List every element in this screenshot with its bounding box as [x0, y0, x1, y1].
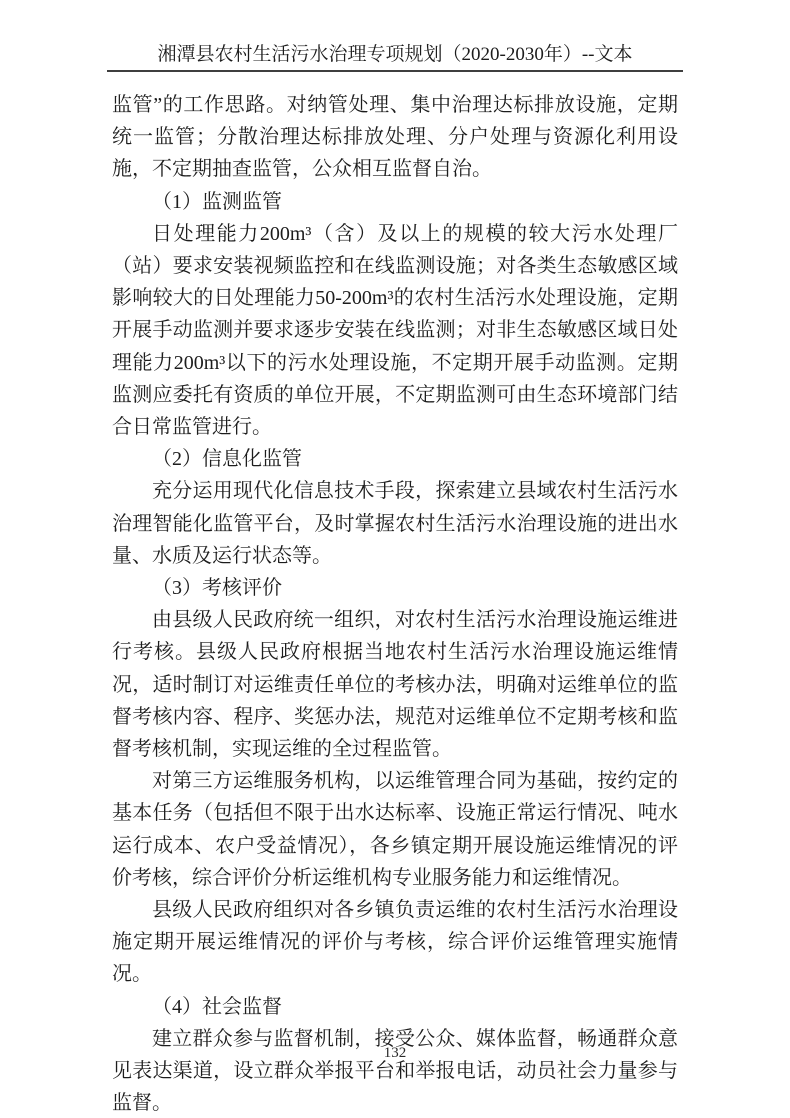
document-page: 湘潭县农村生活污水治理专项规划（2020-2030年）--文本 监管”的工作思路…	[0, 0, 790, 1118]
paragraph-continuation-supervision: 监管”的工作思路。对纳管处理、集中治理达标排放设施，定期统一监管；分散治理达标排…	[112, 89, 678, 186]
subheading-social-supervision: （4）社会监督	[112, 991, 678, 1023]
subheading-monitoring-supervision: （1）监测监管	[112, 186, 678, 218]
paragraph-assessment-third-party: 对第三方运维服务机构，以运维管理合同为基础，按约定的基本任务（包括但不限于出水达…	[112, 765, 678, 894]
subheading-assessment-evaluation: （3）考核评价	[112, 572, 678, 604]
page-footer: 132	[0, 1044, 790, 1062]
page-number: 132	[384, 1045, 407, 1061]
document-body: 监管”的工作思路。对纳管处理、集中治理达标排放设施，定期统一监管；分散治理达标排…	[112, 89, 678, 1118]
paragraph-assessment-county: 由县级人民政府统一组织，对农村生活污水治理设施运维进行考核。县级人民政府根据当地…	[112, 604, 678, 765]
document-title: 湘潭县农村生活污水治理专项规划（2020-2030年）--文本	[107, 43, 683, 66]
page-header: 湘潭县农村生活污水治理专项规划（2020-2030年）--文本	[107, 0, 683, 72]
paragraph-social-details: 建立群众参与监督机制，接受公众、媒体监督，畅通群众意见表达渠道，设立群众举报平台…	[112, 1023, 678, 1118]
paragraph-monitoring-details: 日处理能力200m³（含）及以上的规模的较大污水处理厂（站）要求安装视频监控和在…	[112, 218, 678, 443]
subheading-information-supervision: （2）信息化监管	[112, 443, 678, 475]
paragraph-assessment-township: 县级人民政府组织对各乡镇负责运维的农村生活污水治理设施定期开展运维情况的评价与考…	[112, 894, 678, 991]
paragraph-information-details: 充分运用现代化信息技术手段，探索建立县域农村生活污水治理智能化监管平台，及时掌握…	[112, 475, 678, 572]
